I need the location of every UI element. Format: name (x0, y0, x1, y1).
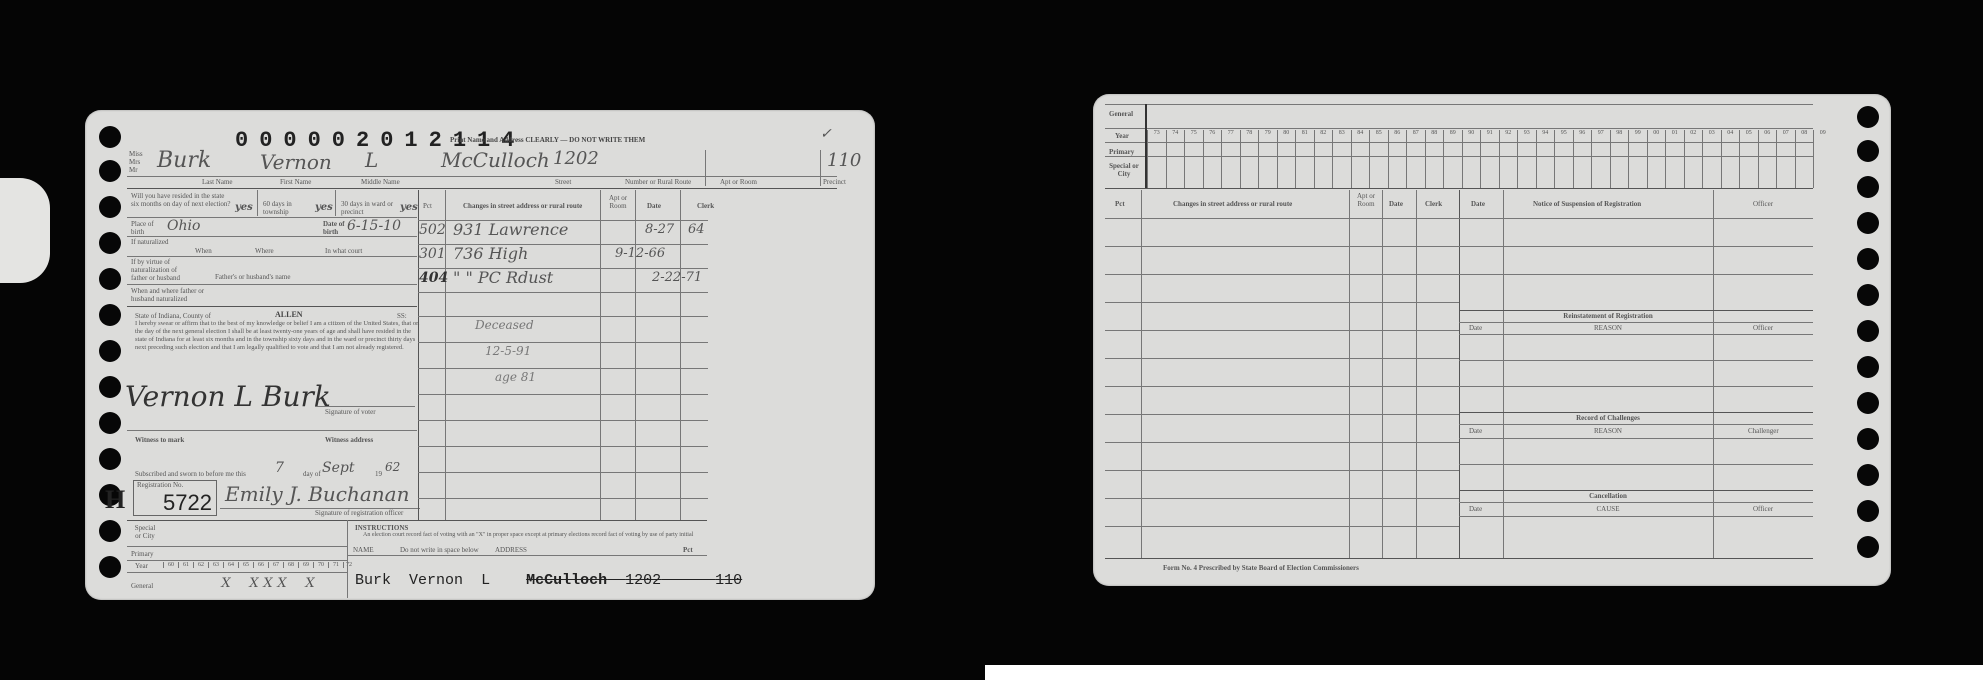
punch-hole (1857, 284, 1879, 306)
row1-pct: 502 (419, 222, 446, 238)
col-pct: Pct (423, 202, 432, 210)
voter-signature: Vernon L Burk (125, 380, 331, 413)
label-first-name: First Name (280, 178, 311, 186)
check-mark: ✓ (820, 126, 832, 142)
right-col-clerk: Clerk (1425, 200, 1442, 208)
punch-hole (1857, 176, 1879, 198)
oath-ss: SS: (397, 312, 407, 320)
reinstatement-date-label: Date (1469, 324, 1482, 332)
voter-signature-label: Signature of voter (325, 408, 376, 416)
registration-number-box: Registration No. 5722 (133, 480, 217, 516)
col-apt: Apt or Room (603, 194, 633, 210)
suspension-officer-label: Officer (1753, 200, 1773, 208)
right-col-address: Changes in street address or rural route (1173, 200, 1292, 208)
birth-place: Ohio (167, 218, 200, 234)
label-number: Number or Rural Route (625, 178, 691, 186)
residency-township-value: yes (315, 202, 333, 213)
punch-hole (1857, 428, 1879, 450)
registration-letter: H (105, 485, 125, 515)
header-instruction: Print Name and Address CLEARLY — DO NOT … (450, 136, 645, 145)
punch-hole (1857, 320, 1879, 342)
typed-name-line: Burk Vernon L McCulloch 1202 110 (355, 572, 742, 589)
instructions-address-label: ADDRESS (495, 546, 527, 554)
instructions-name-label: NAME (353, 546, 374, 554)
first-name: Vernon (260, 150, 332, 174)
punch-hole (99, 268, 121, 290)
punch-hole (1857, 106, 1879, 128)
punch-hole (99, 340, 121, 362)
residency-state-label: Will you have resided in the state six m… (131, 192, 231, 208)
vote-row-special: Special or City (131, 524, 159, 540)
right-col-pct: Pct (1115, 200, 1125, 208)
parent-naturalization-label: If by virtue of naturalization of father… (131, 258, 191, 282)
row2-date: 9-12-66 (615, 246, 665, 261)
punch-hole (1857, 212, 1879, 234)
row1-date: 8-27 (645, 222, 674, 237)
form-footer: Form No. 4 Prescribed by State Board of … (1163, 564, 1359, 572)
reinstatement-reason-label: REASON (1503, 324, 1713, 332)
vote-row-general: General (131, 582, 153, 590)
label-precinct: Precinct (823, 178, 846, 186)
cancellation-title: Cancellation (1503, 492, 1713, 500)
subscribed-year-prefix: 19 (375, 470, 382, 478)
oath-text: I hereby swear or affirm that to the bes… (135, 320, 420, 352)
instructions-text: An election court record fact of voting … (363, 531, 698, 539)
grid-row-year: Year (1115, 132, 1129, 140)
white-margin-bar (985, 665, 1983, 680)
challenges-date-label: Date (1469, 427, 1482, 435)
naturalized-where: Where (255, 247, 274, 255)
right-col-apt: Apt or Room (1351, 192, 1381, 208)
oath-county-line: State of Indiana, County of (135, 312, 211, 320)
instructions-no-write: Do not write in space below (400, 546, 479, 554)
subscribed-year: 62 (385, 460, 400, 474)
grid-row-primary: Primary (1109, 148, 1134, 156)
instructions-pct-label: Pct (683, 546, 693, 554)
officer-signature-label: Signature of registration officer (315, 509, 403, 517)
punch-hole (99, 232, 121, 254)
label-street: Street (555, 178, 571, 186)
punch-hole (1857, 536, 1879, 558)
punch-hole (99, 448, 121, 470)
row5-address: Deceased (475, 318, 534, 332)
punch-hole (1857, 248, 1879, 270)
punch-hole (1857, 500, 1879, 522)
right-col-date: Date (1389, 200, 1403, 208)
residency-ward-value: yes (400, 202, 418, 213)
title-labels: MissMrsMr (129, 150, 143, 174)
vote-row-year: Year (135, 562, 148, 570)
punch-hole (99, 412, 121, 434)
row2-pct: 301 (419, 246, 446, 262)
paper-scrap-edge (0, 178, 50, 283)
subscribed-month: Sept (322, 460, 354, 476)
suspension-date-label: Date (1471, 200, 1485, 208)
col-clerk: Clerk (697, 202, 714, 210)
witness-label: Witness to mark (135, 436, 184, 444)
grid-row-general: General (1109, 110, 1133, 118)
reinstatement-officer-label: Officer (1753, 324, 1773, 332)
naturalized-when: When (195, 247, 212, 255)
challenges-reason-label: REASON (1503, 427, 1713, 435)
punch-hole (99, 376, 121, 398)
col-date: Date (647, 202, 661, 210)
grid-row-special: Special or City (1107, 162, 1141, 178)
challenges-challenger-label: Challenger (1748, 427, 1779, 435)
registration-number: 5722 (163, 490, 212, 516)
punch-hole (99, 520, 121, 542)
year-row-left: 60616263646566676869707172 (163, 562, 354, 568)
cancellation-officer-label: Officer (1753, 505, 1773, 513)
precinct-number: 110 (827, 150, 861, 171)
row7-address: age 81 (495, 370, 536, 384)
birth-date: 6-15-10 (347, 218, 401, 234)
label-last-name: Last Name (202, 178, 233, 186)
punch-hole (99, 196, 121, 218)
parent-name-label: Father's or husband's name (215, 273, 290, 281)
punch-hole (99, 304, 121, 326)
row3-date: 2-22-71 (652, 270, 702, 285)
cancellation-date-label: Date (1469, 505, 1482, 513)
row2-address: 736 High (453, 244, 528, 263)
punch-hole (1857, 356, 1879, 378)
row1-address: 931 Lawrence (453, 220, 568, 239)
witness-address-label: Witness address (325, 436, 373, 444)
year-row-right: 7374757677787980818283848586878889909192… (1147, 130, 1832, 188)
punch-hole (1857, 392, 1879, 414)
officer-signature: Emily J. Buchanan (225, 482, 409, 506)
subscribed-day-label: day of (303, 470, 321, 478)
oath-county: ALLEN (275, 310, 303, 319)
suspension-title: Notice of Suspension of Registration (1533, 200, 1641, 208)
naturalized-court: In what court (325, 247, 362, 255)
residency-township-label: 60 days in township (263, 200, 313, 216)
birth-place-label: Place of birth (131, 220, 161, 236)
last-name: Burk (157, 148, 211, 173)
punch-hole (99, 160, 121, 182)
street-name: McCulloch (441, 148, 550, 172)
punch-hole (99, 556, 121, 578)
label-middle-name: Middle Name (361, 178, 400, 186)
cancellation-cause-label: CAUSE (1503, 505, 1713, 513)
registration-card-back: General Year Primary Special or City 737… (1093, 94, 1891, 586)
vote-row-primary: Primary (131, 550, 154, 558)
subscribed-day: 7 (275, 460, 284, 476)
row6-address: 12-5-91 (485, 344, 531, 358)
row3-address: " " PC Rdust (453, 268, 553, 287)
registration-card-front: 000002012114 Print Name and Address CLEA… (85, 110, 875, 600)
col-address: Changes in street address or rural route (463, 202, 582, 210)
reinstatement-title: Reinstatement of Registration (1503, 312, 1713, 320)
punch-hole (99, 126, 121, 148)
naturalized-label: If naturalized (131, 238, 181, 246)
subscribed-text: Subscribed and sworn to before me this (135, 470, 246, 478)
middle-initial: L (365, 148, 378, 172)
label-apt: Apt or Room (720, 178, 757, 186)
row3-pct: 404 (419, 270, 448, 286)
street-number: 1202 (553, 148, 599, 169)
residency-state-value: yes (235, 202, 253, 213)
punch-hole (1857, 140, 1879, 162)
general-marks-row: XXXXX (163, 576, 317, 591)
challenges-title: Record of Challenges (1503, 414, 1713, 422)
parent-when-label: When and where father or husband natural… (131, 287, 211, 303)
punch-hole (1857, 464, 1879, 486)
row1-clerk: 64 (688, 222, 705, 237)
residency-ward-label: 30 days in ward or precinct (341, 200, 401, 216)
registration-label: Registration No. (134, 481, 216, 489)
